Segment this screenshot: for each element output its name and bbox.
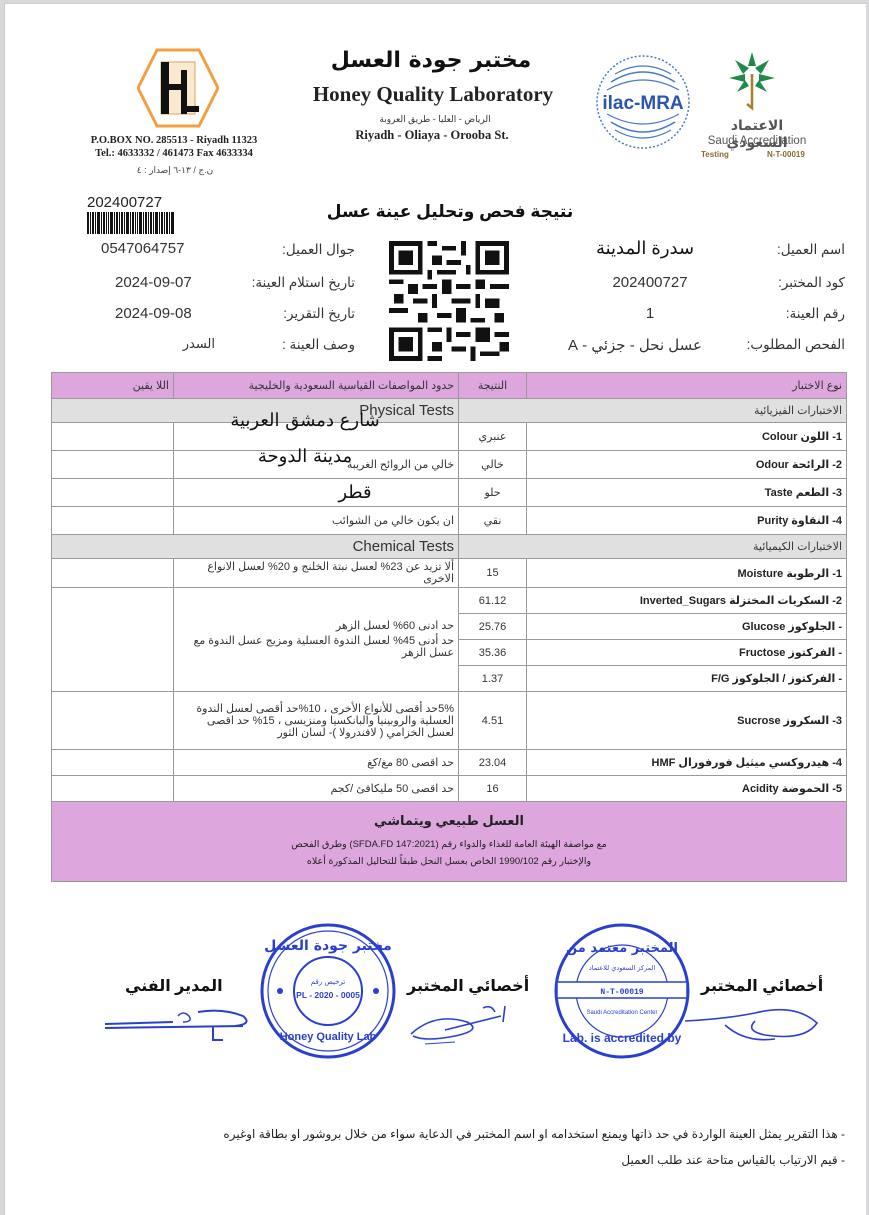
conclusion-title: العسل طبيعي ويتماشي (56, 813, 842, 829)
lab-contact-en: P.O.BOX NO. 285513 - Riyadh 11323 Tel.: … (79, 134, 269, 160)
test-name: - الفركتوز Fructose (527, 640, 847, 666)
barcode-number: 202400727 (87, 194, 162, 211)
overlay-address-line-3: قطر (325, 482, 385, 503)
test-result: خالي (459, 451, 527, 479)
test-name: 3- السكروز Sucrose (527, 692, 847, 750)
stamp-lab-top: مختبر جودة العسل (264, 938, 392, 954)
conclusion-row: العسل طبيعي ويتماشي مع مواصفة الهيئة الع… (52, 802, 847, 882)
footer-note-2: - قيم الارتياب بالقياس متاحة عند طلب الع… (105, 1153, 845, 1167)
technical-manager-signature-icon (103, 1004, 253, 1044)
header-test: نوع الاختبار (527, 373, 847, 399)
table-row: 3- الطعم Taste حلو (52, 479, 847, 507)
lab-specialist-1-signature-icon (405, 1002, 515, 1052)
stamp-lab-license: PL - 2020 - 0005 (296, 990, 360, 1000)
stamp-acc-inner-bottom: Saudi Accreditation Center (586, 1010, 657, 1016)
test-uncertainty (52, 507, 174, 535)
document-title: نتيجة فحص وتحليل عينة عسل (305, 202, 595, 222)
lab-address-ar: الرياض - العليا - طريق العروبة (335, 114, 535, 125)
table-row: 4- هيدروكسي ميثيل فورفورال HMF 23.04 حد … (52, 750, 847, 776)
accreditation-stamp-icon: المختبر معتمد من المركز السعودي للاعتماد… (553, 922, 691, 1060)
test-limit: 5%حد أقصى للأنواع الأخرى ، 10%حد أقصى لع… (174, 692, 459, 750)
header-limits: حدود المواصفات القياسية السعودية والخليج… (174, 373, 459, 399)
stamp-acc-code: N-T-00019 (600, 988, 643, 997)
lab-name-ar: مختبر جودة العسل (301, 48, 561, 73)
client-mobile-value: 0547064757 (101, 240, 221, 257)
header-uncertainty: اللا يقين (52, 373, 174, 399)
conclusion-line-1: مع مواصفة الهيئة العامة للغذاء والدواء ر… (56, 836, 842, 853)
test-name: 1- اللون Colour (527, 423, 847, 451)
test-limit: ألا تزيد عن 23% لعسل نبتة الخلنج و 20% ل… (174, 559, 459, 588)
test-uncertainty (52, 423, 174, 451)
table-row: 1- اللون Colour عنبري (52, 423, 847, 451)
saudi-accreditation-en: Saudi Accreditation (699, 135, 815, 147)
test-limit: ان يكون خالي من الشوائب (174, 507, 459, 535)
test-result: 4.51 (459, 692, 527, 750)
test-name: - الجلوكوز Glucose (527, 614, 847, 640)
lab-code-label: كود المختبر: (705, 275, 845, 291)
technical-manager-label: المدير الفني (125, 976, 223, 996)
receipt-date-label: تاريخ استلام العينة: (225, 275, 355, 291)
conclusion-line-2: والإختبار رقم 1990/102 الخاص بعسل النحل … (56, 853, 842, 870)
stamp-acc-bottom: Lab. is accredited by (563, 1031, 682, 1045)
barcode-icon (87, 212, 175, 234)
honey-lab-logo-icon (137, 48, 219, 128)
test-uncertainty (52, 588, 174, 692)
test-uncertainty (52, 451, 174, 479)
sugars-limit-2: حد أدنى 45% لعسل الندوة العسلية ومزيج عس… (178, 635, 454, 659)
section-title-ar: الاختبارات الفيزيائية (459, 399, 847, 423)
saudi-accreditation-emblem-icon (727, 52, 777, 114)
table-row: 4- النقاوة Purity نقي ان يكون خالي من ال… (52, 507, 847, 535)
sample-number-label: رقم العينة: (705, 306, 845, 322)
table-row: 1- الرطوبة Moisture 15 ألا تزيد عن 23% ل… (52, 559, 847, 588)
test-result: 15 (459, 559, 527, 588)
sample-number-value: 1 (575, 305, 725, 322)
test-result: عنبري (459, 423, 527, 451)
test-name: 4- هيدروكسي ميثيل فورفورال HMF (527, 750, 847, 776)
test-limit: حد اقصى 50 مليكافئ /كجم (174, 776, 459, 802)
ilac-mra-logo-icon: ilac-MRA (593, 52, 693, 152)
sugars-limit: حد ادنى 60% لعسل الزهر حد أدنى 45% لعسل … (174, 588, 459, 692)
sugars-limit-1: حد ادنى 60% لعسل الزهر (178, 620, 454, 632)
accreditation-code: N-T-00019 (767, 150, 805, 159)
stamp-acc-top: المختبر معتمد من (566, 941, 678, 956)
test-uncertainty (52, 750, 174, 776)
accreditation-type: Testing (701, 150, 729, 159)
test-result: 23.04 (459, 750, 527, 776)
lab-specialist-2-label: أخصائي المختبر (701, 976, 823, 996)
lab-address-en: Riyadh - Oliaya - Orooba St. (327, 128, 537, 143)
report-date-label: تاريخ التقرير: (245, 306, 355, 322)
receipt-date-value: 2024-09-07 (115, 274, 225, 291)
lab-code-value: 202400727 (575, 274, 725, 291)
stamp-lab-middle: ترخيص رقم (311, 978, 345, 986)
lab-stamp-icon: مختبر جودة العسل ترخيص رقم PL - 2020 - 0… (259, 922, 397, 1060)
test-name: 2- السكريات المختزلة Inverted_Sugars (527, 588, 847, 614)
report-date-value: 2024-09-08 (115, 305, 225, 322)
overlay-address-line-2: مدينة الدوحة (245, 446, 365, 467)
test-result: حلو (459, 479, 527, 507)
test-result: 25.76 (459, 614, 527, 640)
test-result: نقي (459, 507, 527, 535)
section-title-en: Chemical Tests (52, 535, 459, 559)
report-page: P.O.BOX NO. 285513 - Riyadh 11323 Tel.: … (4, 3, 866, 1215)
po-box: P.O.BOX NO. 285513 - Riyadh 11323 (79, 134, 269, 147)
lab-specialist-2-signature-icon (685, 999, 825, 1049)
overlay-address-line-1: شارع دمشق العربية (205, 410, 405, 431)
section-row-chemical: الاختبارات الكيميائية Chemical Tests (52, 535, 847, 559)
lab-specialist-1-label: أخصائي المختبر (407, 976, 529, 996)
results-table: نوع الاختبار النتيجة حدود المواصفات القي… (51, 372, 847, 882)
test-uncertainty (52, 692, 174, 750)
footer-note-1: - هذا التقرير يمثل العينة الواردة في حد … (105, 1127, 845, 1141)
table-row: 2- السكريات المختزلة Inverted_Sugars 61.… (52, 588, 847, 614)
test-result: 35.36 (459, 640, 527, 666)
test-result: 61.12 (459, 588, 527, 614)
test-name: 1- الرطوبة Moisture (527, 559, 847, 588)
test-limit: حد اقصى 80 مغ/كغ (174, 750, 459, 776)
test-name: 5- الحموضة Acidity (527, 776, 847, 802)
test-uncertainty (52, 776, 174, 802)
test-name: 2- الرائحة Odour (527, 451, 847, 479)
ilac-text: ilac-MRA (602, 93, 684, 114)
form-code: ن.ج / ١٣-٦ إصدار : ٤ (115, 165, 235, 176)
test-result: 1.37 (459, 666, 527, 692)
test-uncertainty (52, 559, 174, 588)
header-result: النتيجة (459, 373, 527, 399)
stamp-acc-inner-top: المركز السعودي للاعتماد (589, 964, 656, 972)
requested-test-label: الفحص المطلوب: (705, 337, 845, 353)
table-header-row: نوع الاختبار النتيجة حدود المواصفات القي… (52, 373, 847, 399)
qr-code-icon (389, 240, 509, 362)
table-row: 2- الرائحة Odour خالي خالي من الروائح ال… (52, 451, 847, 479)
client-name-value: سدرة المدينة (565, 238, 725, 259)
table-row: 3- السكروز Sucrose 4.51 5%حد أقصى للأنوا… (52, 692, 847, 750)
section-title-ar: الاختبارات الكيميائية (459, 535, 847, 559)
client-name-label: اسم العميل: (705, 242, 845, 258)
test-name: 4- النقاوة Purity (527, 507, 847, 535)
test-name: 3- الطعم Taste (527, 479, 847, 507)
test-uncertainty (52, 479, 174, 507)
requested-test-value: عسل نحل - جزئي - A (545, 336, 725, 354)
test-name: - الفركتوز / الجلوكوز F/G (527, 666, 847, 692)
sample-description-label: وصف العينة : (245, 337, 355, 353)
sample-description-value: السدر (155, 336, 215, 352)
lab-name-en: Honey Quality Laboratory (305, 82, 561, 107)
client-mobile-label: جوال العميل: (245, 242, 355, 258)
phone-fax: Tel.: 4633332 / 461473 Fax 4633334 (79, 147, 269, 160)
section-row-physical: الاختبارات الفيزيائية Physical Tests (52, 399, 847, 423)
conclusion-cell: العسل طبيعي ويتماشي مع مواصفة الهيئة الع… (52, 802, 847, 882)
table-row: 5- الحموضة Acidity 16 حد اقصى 50 مليكافئ… (52, 776, 847, 802)
stamp-lab-bottom: Honey Quality Lab (280, 1031, 377, 1043)
test-limit (174, 479, 459, 507)
test-result: 16 (459, 776, 527, 802)
